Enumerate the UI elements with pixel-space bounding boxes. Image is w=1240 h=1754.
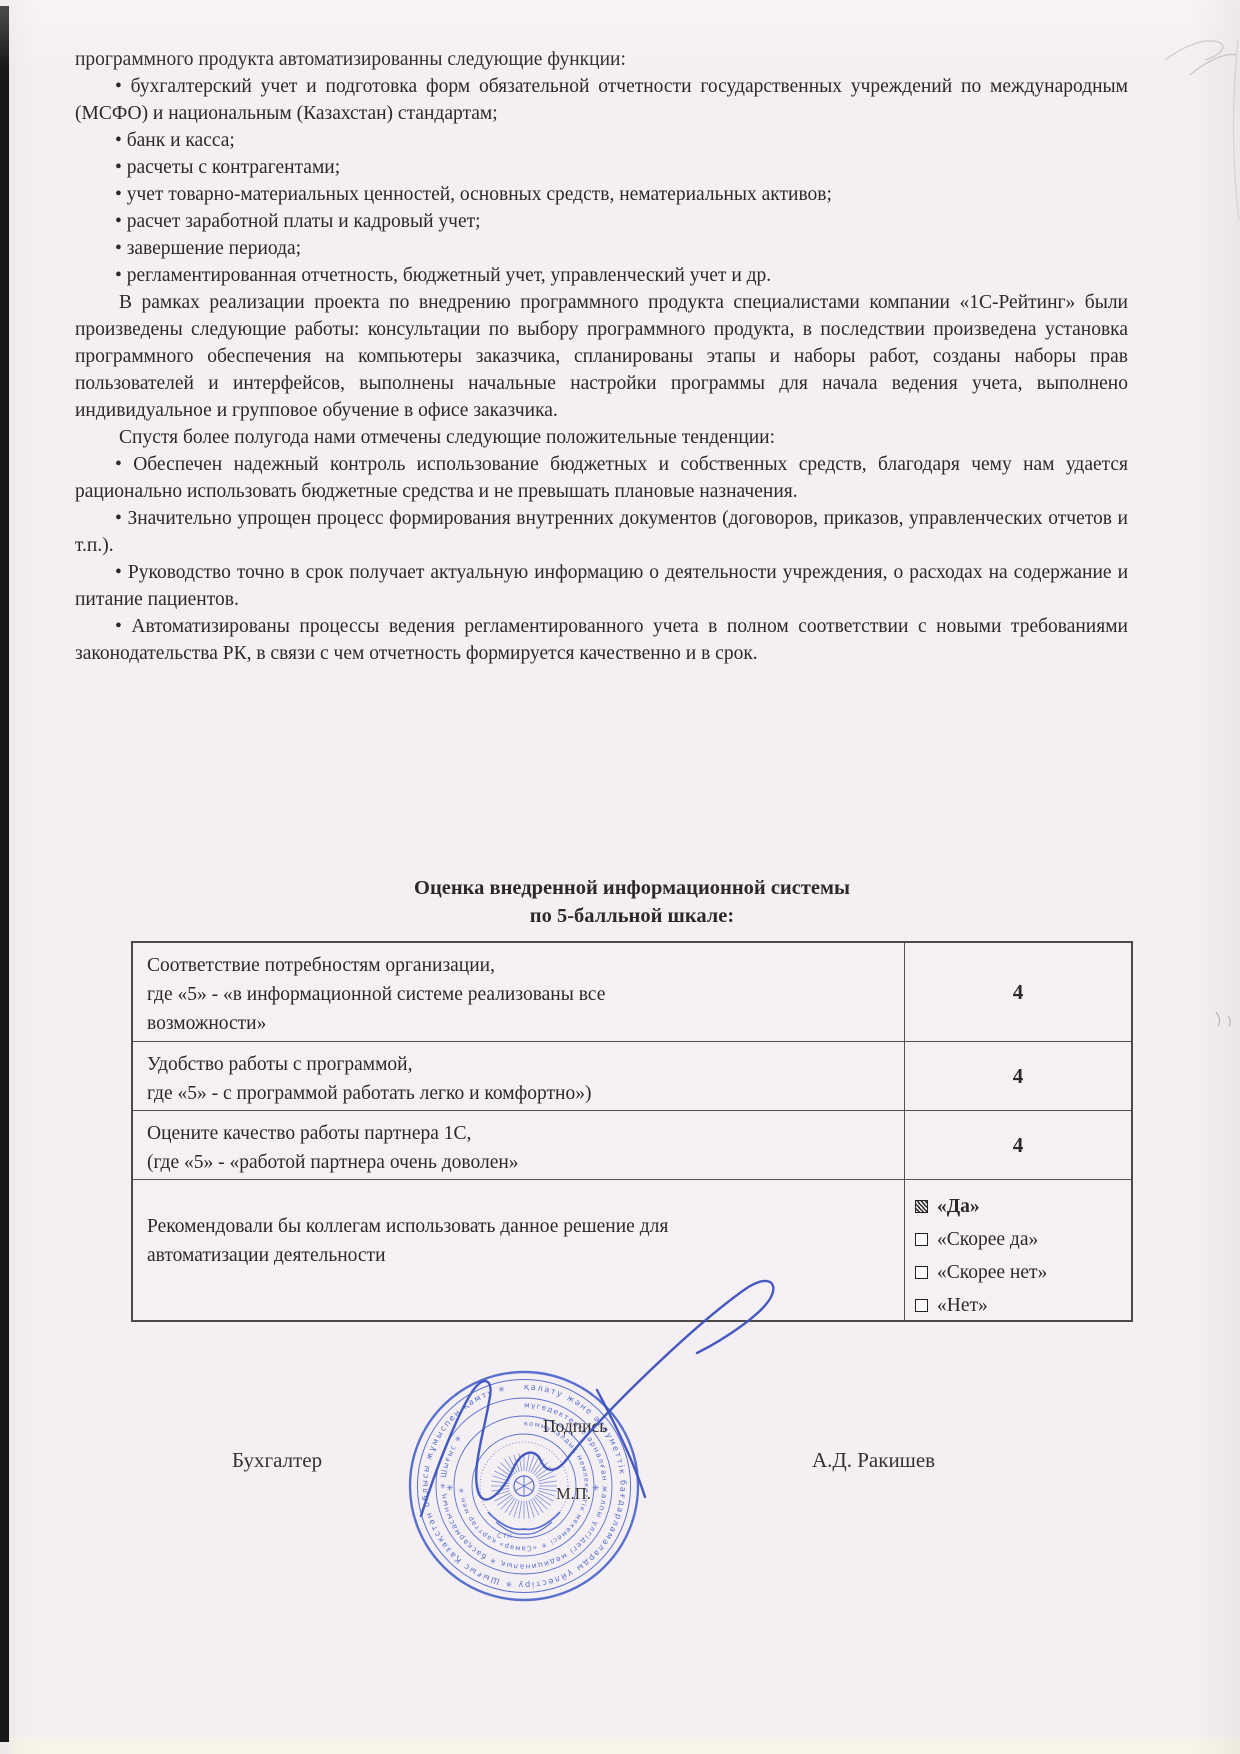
checkbox-option: «Скорее нет» — [915, 1256, 1047, 1289]
criterion-cell: Соответствие потребностям организации,гд… — [133, 943, 905, 1041]
rating-value-cell: 4 — [905, 943, 1131, 1041]
checkbox-option: «Нет» — [915, 1289, 988, 1322]
bullet-icon: • — [115, 238, 127, 259]
bullet-item: • расчеты с контрагентами; — [75, 154, 1128, 181]
functions-list: • бухгалтерский учет и подготовка форм о… — [75, 73, 1128, 289]
bullet-icon: • — [115, 454, 133, 475]
stamp-emblem — [488, 1453, 560, 1534]
checkbox-option-label: «Скорее нет» — [937, 1256, 1047, 1289]
bullet-item: • завершение периода; — [75, 235, 1128, 262]
svg-text:✳: ✳ — [592, 1484, 600, 1494]
bullet-item-text: учет товарно-материальных ценностей, осн… — [127, 184, 832, 205]
bullet-item: • Обеспечен надежный контроль использова… — [75, 451, 1128, 505]
criterion-line: Удобство работы с программой, — [147, 1050, 894, 1079]
bullet-icon: • — [115, 184, 127, 205]
criterion-line: где «5» - с программой работать легко и … — [147, 1079, 894, 1108]
unchecked-checkbox-icon — [915, 1299, 928, 1312]
bullet-item-text: завершение периода; — [127, 238, 301, 259]
bullet-item-text: бухгалтерский учет и подготовка форм обя… — [75, 76, 1128, 124]
bullet-item: • учет товарно-материальных ценностей, о… — [75, 181, 1128, 208]
criterion-line: (где «5» - «работой партнера очень довол… — [147, 1148, 894, 1177]
rating-value: 4 — [1013, 1064, 1024, 1089]
scan-edge-shadow — [0, 6, 9, 1742]
criterion-line: Оцените качество работы партнера 1С, — [147, 1119, 894, 1148]
checkbox-option-label: «Да» — [937, 1190, 980, 1223]
official-round-stamp: қалату және әлеуметтік бағдарламаларды ү… — [404, 1366, 644, 1606]
bullet-item-text: регламентированная отчетность, бюджетный… — [127, 265, 771, 286]
svg-text:✳: ✳ — [446, 1484, 454, 1494]
bullet-item: • бухгалтерский учет и подготовка форм о… — [75, 73, 1128, 127]
bullet-item: • Автоматизированы процессы ведения регл… — [75, 613, 1128, 667]
bullet-icon: • — [115, 211, 127, 232]
criterion-line: возможности» — [147, 1009, 894, 1038]
bullet-item: • банк и касса; — [75, 127, 1128, 154]
seal-caption: М.П. — [556, 1484, 591, 1504]
table-row: Рекомендовали бы коллегам использовать д… — [133, 1180, 1131, 1320]
rating-value-cell: 4 — [905, 1111, 1131, 1179]
rating-value: 4 — [1013, 980, 1024, 1005]
criterion-line: автоматизации деятельности — [147, 1241, 894, 1270]
rating-value-cell: 4 — [905, 1042, 1131, 1110]
corner-scribble-artifact — [1165, 40, 1239, 220]
rating-table-title-line2: по 5-балльной шкале: — [131, 902, 1133, 930]
table-row: Оцените качество работы партнера 1С,(где… — [133, 1111, 1131, 1180]
bullet-item-text: Руководство точно в срок получает актуал… — [75, 562, 1128, 610]
bullet-item: • Значительно упрощен процесс формирован… — [75, 505, 1128, 559]
rating-table: Соответствие потребностям организации,гд… — [131, 941, 1133, 1322]
intro-line: программного продукта автоматизированны … — [75, 46, 1128, 73]
checked-checkbox-icon — [915, 1200, 928, 1213]
rating-value: 4 — [1013, 1133, 1024, 1158]
bullet-icon: • — [115, 76, 131, 97]
signer-name: А.Д. Ракишев — [812, 1448, 935, 1473]
checkbox-option: «Скорее да» — [915, 1223, 1038, 1256]
rating-table-title-line1: Оценка внедренной информационной системы — [131, 874, 1133, 902]
edge-mark-artifact — [1216, 1012, 1230, 1026]
criterion-line: где «5» - «в информационной системе реал… — [147, 980, 894, 1009]
criterion-cell: Оцените качество работы партнера 1С,(где… — [133, 1111, 905, 1179]
criterion-line: Соответствие потребностям организации, — [147, 951, 894, 980]
bullet-icon: • — [115, 265, 127, 286]
checkbox-option-label: «Скорее да» — [937, 1223, 1038, 1256]
table-row: Соответствие потребностям организации,гд… — [133, 943, 1131, 1042]
trends-list: • Обеспечен надежный контроль использова… — [75, 451, 1128, 667]
scanned-document-page: программного продукта автоматизированны … — [0, 0, 1240, 1754]
unchecked-checkbox-icon — [915, 1233, 928, 1246]
rating-table-title: Оценка внедренной информационной системы… — [131, 874, 1133, 930]
bullet-icon: • — [115, 157, 127, 178]
recommend-options-cell: «Да»«Скорее да»«Скорее нет»«Нет» — [905, 1180, 1131, 1320]
scanner-background-strip — [9, 1737, 1240, 1754]
bullet-item: • Руководство точно в срок получает акту… — [75, 559, 1128, 613]
signature-caption: Подпись — [543, 1416, 607, 1437]
bullet-item-text: Обеспечен надежный контроль использовани… — [75, 454, 1128, 502]
bullet-item-text: расчет заработной платы и кадровый учет; — [127, 211, 481, 232]
bullet-icon: • — [115, 130, 127, 151]
bullet-icon: • — [115, 508, 127, 529]
criterion-line: Рекомендовали бы коллегам использовать д… — [147, 1212, 894, 1241]
document-body-text: программного продукта автоматизированны … — [75, 46, 1128, 667]
stamp-center-code: СТН — [497, 1533, 513, 1540]
bullet-item-text: расчеты с контрагентами; — [127, 157, 340, 178]
table-row: Удобство работы с программой,где «5» - с… — [133, 1042, 1131, 1111]
bullet-item-text: Автоматизированы процессы ведения реглам… — [75, 616, 1128, 664]
checkbox-option: «Да» — [915, 1190, 980, 1223]
bullet-icon: • — [115, 616, 131, 637]
bullet-item: • расчет заработной платы и кадровый уче… — [75, 208, 1128, 235]
bullet-item-text: Значительно упрощен процесс формирования… — [75, 508, 1128, 556]
trends-intro-line: Спустя более полугода нами отмечены след… — [75, 424, 1128, 451]
criterion-cell: Рекомендовали бы коллегам использовать д… — [133, 1180, 905, 1320]
criterion-cell: Удобство работы с программой,где «5» - с… — [133, 1042, 905, 1110]
signer-role-label: Бухгалтер — [232, 1448, 322, 1473]
implementation-paragraph: В рамках реализации проекта по внедрению… — [75, 289, 1128, 424]
bullet-icon: • — [115, 562, 128, 583]
checkbox-option-label: «Нет» — [937, 1289, 988, 1322]
unchecked-checkbox-icon — [915, 1266, 928, 1279]
bullet-item: • регламентированная отчетность, бюджетн… — [75, 262, 1128, 289]
bullet-item-text: банк и касса; — [127, 130, 235, 151]
